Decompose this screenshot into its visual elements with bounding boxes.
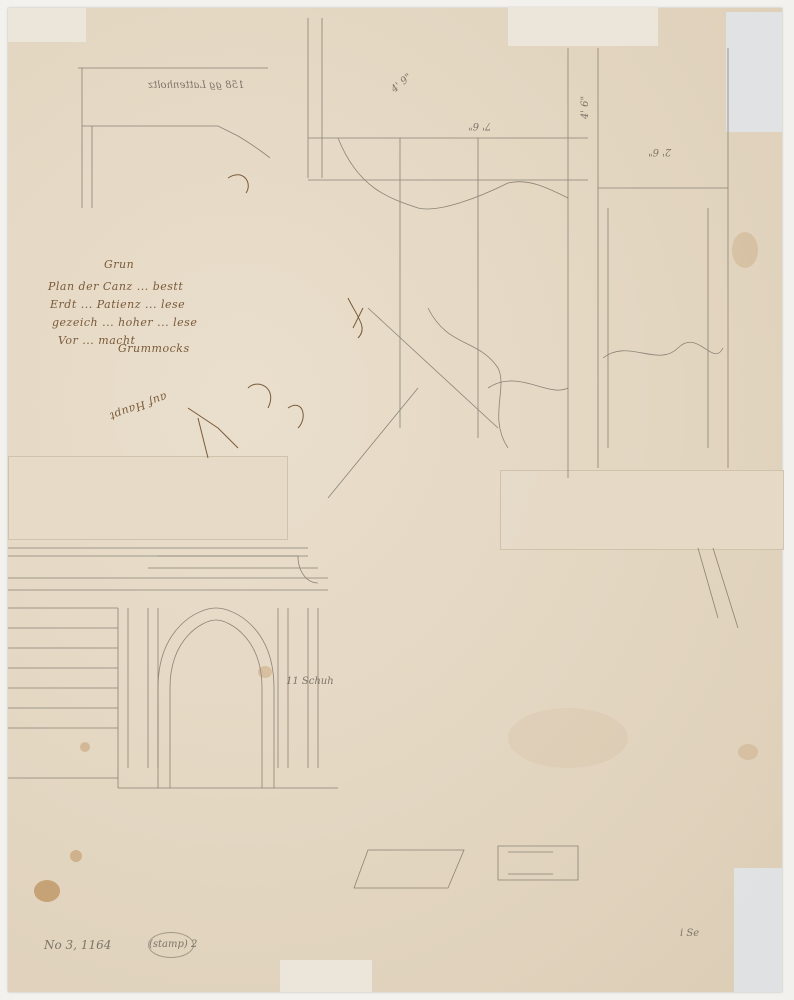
mirrored-inscription: 158 gg Lattenholtz — [148, 80, 244, 91]
arch-note: 11 Schuh — [286, 676, 334, 687]
ink-note-line: gezeich ... hoher ... lese — [52, 316, 197, 329]
measurement-label: 4' 6" — [580, 96, 591, 119]
ink-note-line: Erdt ... Patienz ... lese — [50, 298, 185, 311]
bottom-right-note: i Se — [680, 928, 699, 939]
ink-note-line: Grummocks — [118, 342, 190, 355]
measurement-label: 2' 6" — [648, 146, 671, 157]
drawing-sheet: 158 gg Lattenholtz Grun Plan der Canz ..… — [8, 8, 782, 992]
inventory-number: No 3, 1164 — [44, 938, 111, 952]
ink-note-line: Plan der Canz ... bestt — [48, 280, 183, 293]
measurement-label: 7' 6" — [468, 120, 491, 131]
ink-note-line: Grun — [104, 258, 134, 271]
collection-stamp: (stamp) 2 — [148, 932, 194, 958]
